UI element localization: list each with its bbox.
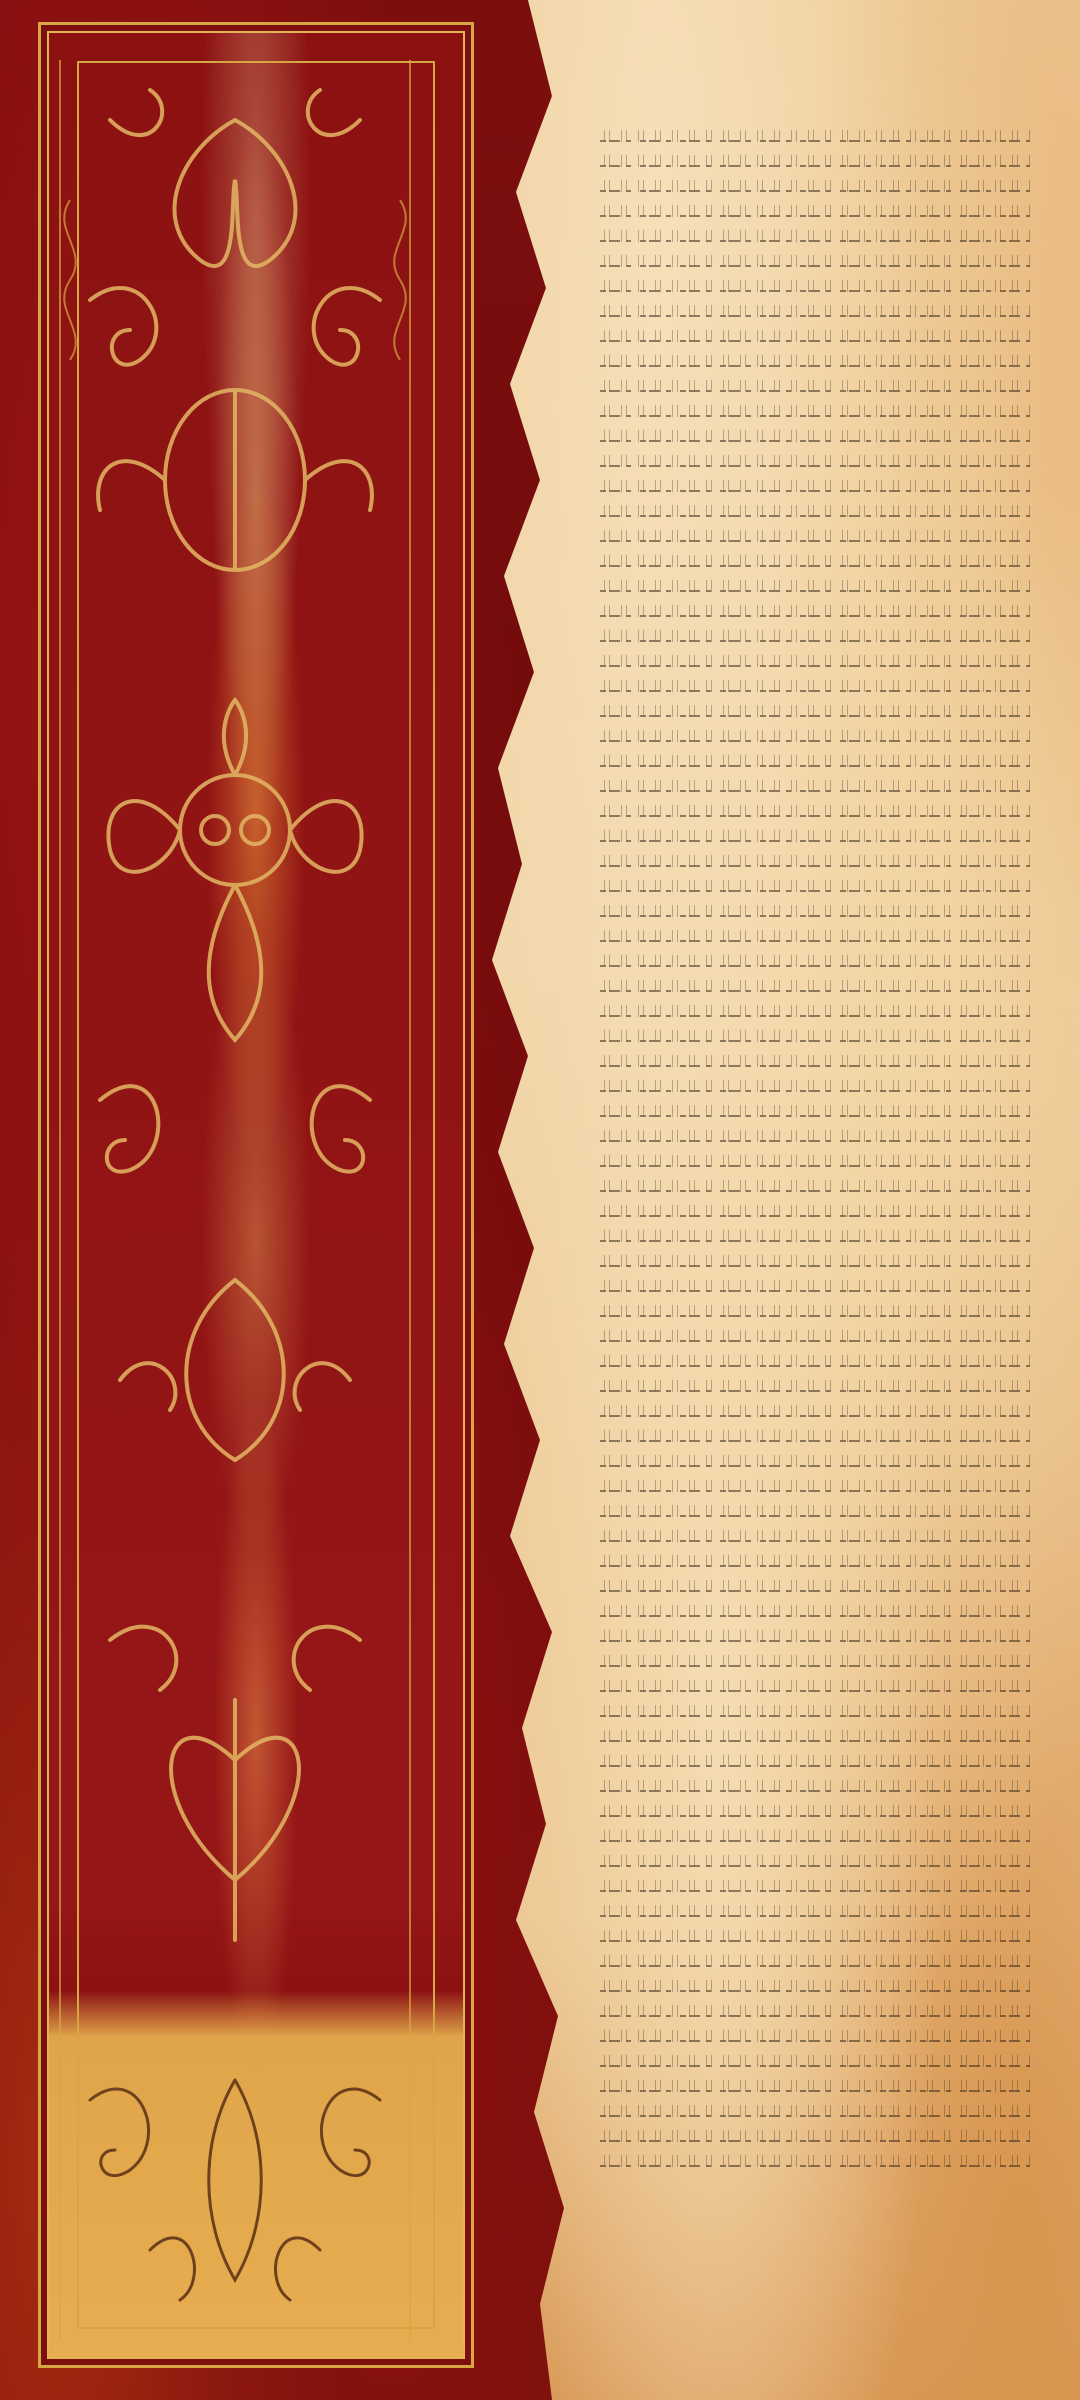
pseudo-script-text — [600, 140, 1030, 2260]
artwork: An ornate crimson and gold illuminated p… — [0, 0, 1080, 2400]
gold-filigree-ornament — [0, 0, 470, 2400]
